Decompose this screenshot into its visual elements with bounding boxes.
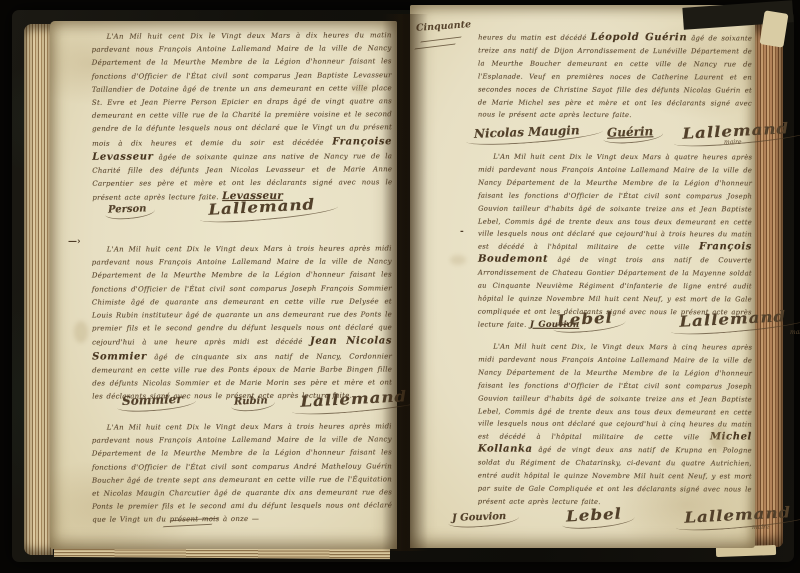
death-record-entry: L'An Mil huit cent Dix le Vingt deux Mar…	[92, 29, 393, 205]
right-page: Cinquante - heures du matin est décédé L…	[410, 5, 755, 548]
left-page-edge-stack	[24, 24, 53, 555]
record-text: L'An Mil huit cent Dix le Vingt deux Mar…	[92, 31, 392, 147]
paper-stain	[74, 321, 88, 343]
signature-person: Person	[108, 203, 147, 215]
record-text: heures du matin est décédé	[478, 34, 591, 42]
signature-row: J Gouvion Lebel Lallemand maire	[452, 505, 786, 524]
margin-mark: -	[460, 227, 464, 237]
deceased-name: Léopold Guérin	[591, 32, 688, 43]
signature-guerin: Guérin	[606, 124, 653, 140]
death-record-entry: L'An Mil huit cent Dix le Vingt deux Mar…	[478, 151, 752, 332]
signature-sommier: Sommier	[122, 392, 183, 408]
signature-row: Lebel Lallemand maire	[560, 309, 780, 328]
signature-rubin: Rubin	[234, 395, 268, 407]
death-record-entry: L'An Mil huit cent Dix le Vingt deux Mar…	[92, 242, 393, 403]
signature-lebel: Lebel	[566, 505, 623, 526]
death-record-entry: L'An Mil huit cent Dix, le Vingt deux Ma…	[478, 341, 753, 510]
signature-title-maire: maire	[752, 524, 770, 531]
death-record-entry: heures du matin est décédé Léopold Guéri…	[478, 32, 752, 123]
signature-lallemand: Lallemand	[300, 387, 408, 411]
left-page: L'An Mil huit cent Dix le Vingt deux Mar…	[50, 21, 397, 549]
record-text: âgé de soixante treize ans natif de Dijo…	[478, 34, 752, 119]
signature-nicolas-maugin: Nicolas Maugin	[474, 123, 580, 141]
signature-lallemand: Lallemand	[207, 195, 315, 219]
photograph-background: L'An Mil huit cent Dix le Vingt deux Mar…	[0, 0, 800, 573]
folio-note-flourish	[414, 37, 461, 50]
signature-row: Person Lallemand	[108, 197, 309, 216]
signature-lallemand: Lallemand	[684, 503, 792, 527]
signature-lebel: Lebel	[557, 309, 614, 330]
death-record-entry: L'An Mil huit cent Dix le Vingt deux Mar…	[92, 420, 392, 527]
signature-title-maire: maire	[724, 139, 742, 146]
paper-stain	[450, 255, 466, 265]
signature-gouvion: J Gouvion	[452, 511, 507, 524]
folio-number-note: Cinquante	[416, 19, 472, 34]
signature-row: Nicolas Maugin Guérin Lallemand maire	[474, 121, 783, 140]
record-text: L'An Mil huit cent Dix, le Vingt deux Ma…	[478, 343, 752, 442]
record-text: âgé de vingt deux ans natif de Krupna en…	[478, 446, 752, 506]
right-page-edge-stack	[752, 24, 783, 547]
signature-row: Sommier Rubin Lallemand	[122, 389, 402, 408]
record-text: L'An Mil huit cent Dix le Vingt deux Mar…	[92, 244, 392, 346]
record-text: L'An Mil huit cent Dix le Vingt deux Mar…	[478, 153, 752, 252]
margin-mark: —›	[68, 237, 81, 247]
signature-title-maire: maire	[790, 329, 800, 336]
signature-lallemand: Lallemand	[679, 307, 787, 331]
record-text: L'An Mil huit cent Dix le Vingt deux Mar…	[92, 422, 392, 524]
